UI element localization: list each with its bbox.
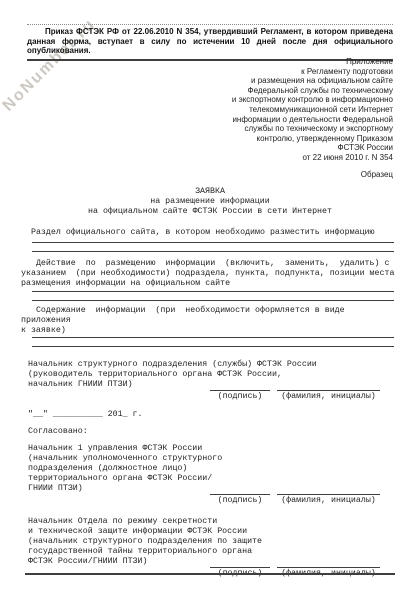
name-caption: (фамилия, инициалы)	[277, 391, 380, 401]
fill-line	[32, 300, 394, 301]
name-field: (фамилия, инициалы)	[277, 494, 380, 505]
fill-line	[32, 242, 394, 243]
bottom-divider	[25, 573, 395, 575]
application-form: ЗАЯВКА на размещение информации на офици…	[21, 187, 399, 578]
signer-title-1: Начальник структурного подразделения (сл…	[28, 360, 399, 390]
signer-title-3: Начальник Отдела по режиму секретности и…	[28, 517, 399, 567]
form-title: ЗАЯВКА на размещение информации на офици…	[21, 187, 399, 217]
agreed-label: Согласовано:	[28, 427, 399, 437]
field-label-action: Действие по размещению информации (включ…	[21, 259, 399, 289]
name-field: (фамилия, инициалы)	[277, 390, 380, 401]
signature-caption: (подпись)	[210, 495, 270, 505]
date-line: "__" __________ 201_ г.	[28, 410, 399, 420]
top-note: Приказ ФСТЭК РФ от 22.06.2010 N 354, утв…	[27, 24, 393, 61]
fill-line	[32, 346, 394, 347]
signer-title-2: Начальник 1 управления ФСТЭК России (нач…	[28, 444, 399, 494]
signature-row-2: (подпись) (фамилия, инициалы)	[21, 494, 399, 505]
sample-label: Образец	[361, 170, 393, 179]
signature-field: (подпись)	[210, 390, 270, 401]
document-page: NoNumber.ru Приказ ФСТЭК РФ от 22.06.201…	[0, 0, 420, 600]
name-caption: (фамилия, инициалы)	[277, 495, 380, 505]
fill-line	[32, 251, 394, 252]
field-label-content: Содержание информации (при необходимости…	[21, 306, 399, 336]
appendix-block: Приложение к Регламенту подготовки и раз…	[83, 57, 393, 163]
top-note-text: Приказ ФСТЭК РФ от 22.06.2010 N 354, утв…	[27, 27, 393, 56]
signature-row-1: (подпись) (фамилия, инициалы)	[21, 390, 399, 401]
fill-line	[32, 337, 394, 338]
field-label-site-section: Раздел официального сайта, в котором нео…	[21, 228, 399, 238]
fill-line	[32, 291, 394, 292]
signature-caption: (подпись)	[210, 391, 270, 401]
signature-field: (подпись)	[210, 494, 270, 505]
